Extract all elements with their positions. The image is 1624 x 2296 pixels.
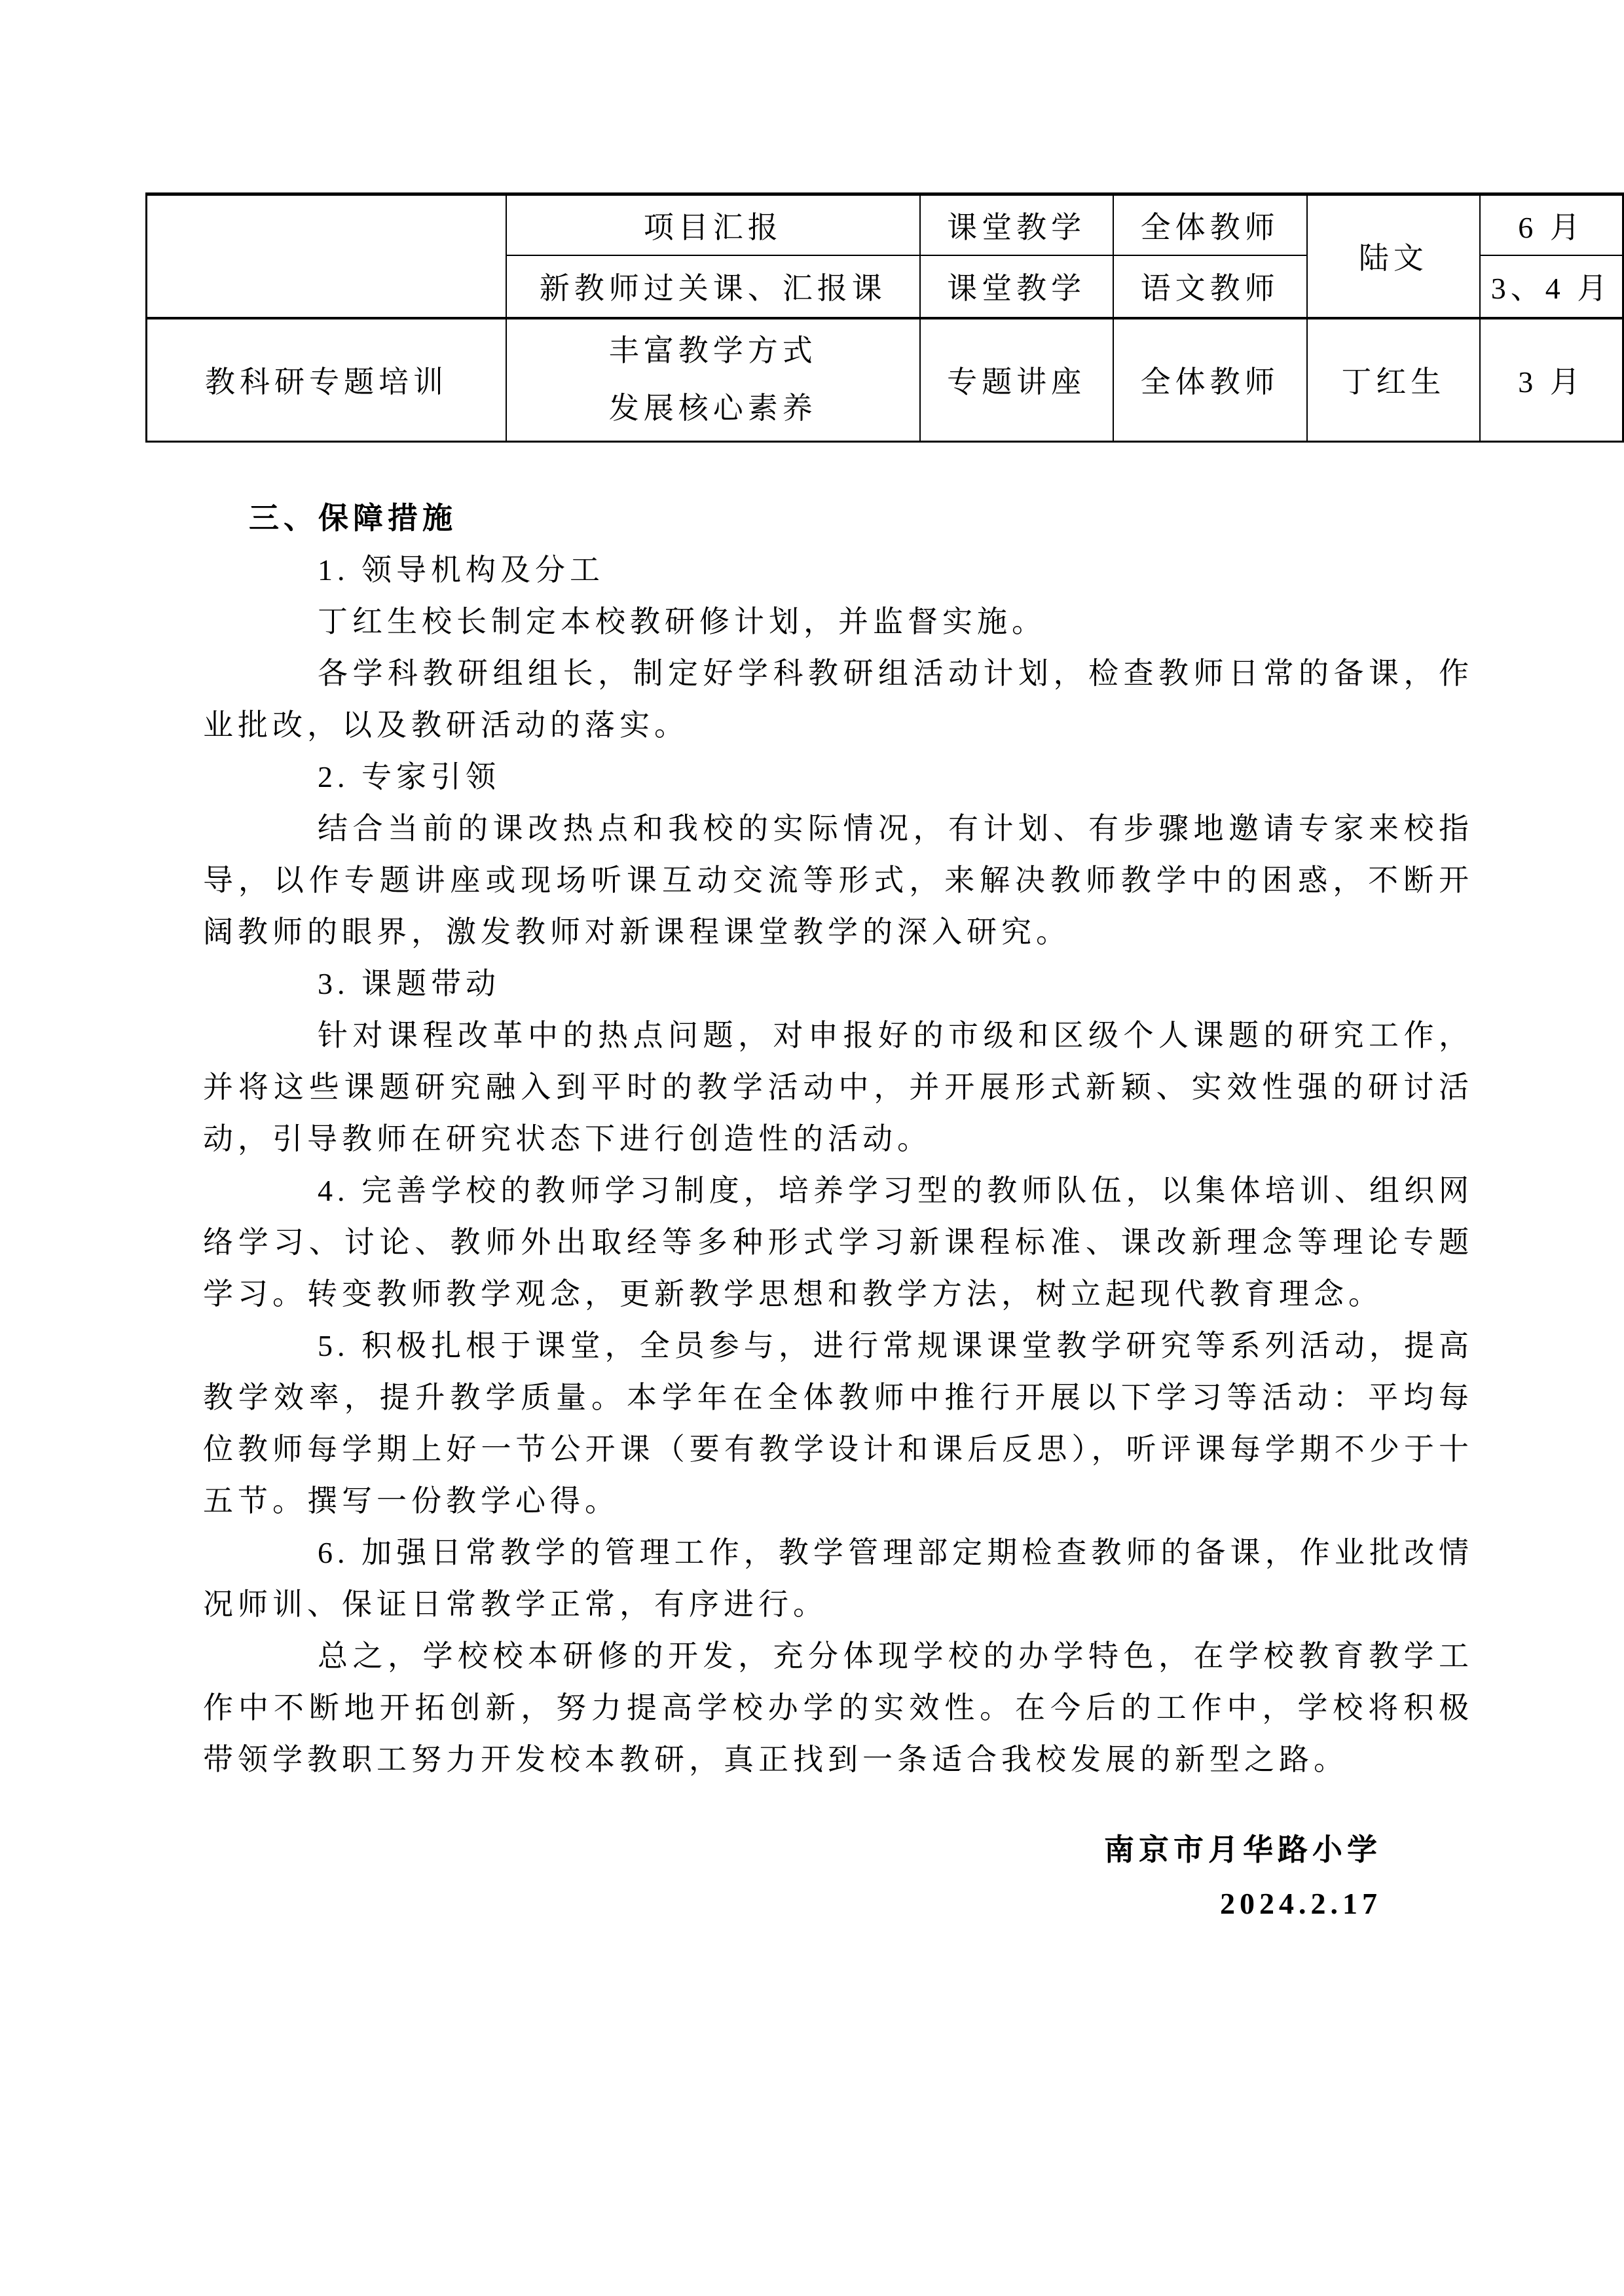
body-paragraph: 针对课程改革中的热点问题，对申报好的市级和区级个人课题的研究工作，并将这些课题研…	[203, 1010, 1473, 1165]
body-paragraph: 2. 专家引领	[203, 751, 1473, 803]
body-paragraph: 1. 领导机构及分工	[203, 544, 1473, 596]
section-heading: 三、保障措施	[203, 492, 1473, 544]
cell-project: 丰富教学方式 发展核心素养	[506, 318, 920, 442]
cell-form: 课堂教学	[920, 194, 1113, 255]
cell-project-line1: 丰富教学方式	[511, 322, 915, 380]
body-paragraph: 丁红生校长制定本校教研修计划，并监督实施。	[203, 596, 1473, 647]
cell-project-line2: 发展核心素养	[511, 380, 915, 437]
cell-target: 全体教师	[1113, 318, 1307, 442]
body-paragraph: 4. 完善学校的教师学习制度，培养学习型的教师队伍，以集体培训、组织网络学习、讨…	[203, 1165, 1473, 1320]
cell-time: 6 月	[1480, 194, 1623, 255]
cell-target: 全体教师	[1113, 194, 1307, 255]
cell-time: 3 月	[1480, 318, 1623, 442]
cell-form: 专题讲座	[920, 318, 1113, 442]
body-paragraph: 总之，学校校本研修的开发，充分体现学校的办学特色，在学校教育教学工作中不断地开拓…	[203, 1630, 1473, 1785]
document-page: 项目汇报 课堂教学 全体教师 陆文 6 月 新教师过关课、汇报课 课堂教学 语文…	[0, 0, 1624, 2296]
body-paragraph: 6. 加强日常教学的管理工作，教学管理部定期检查教师的备课，作业批改情况师训、保…	[203, 1527, 1473, 1630]
body-paragraph: 结合当前的课改热点和我校的实际情况，有计划、有步骤地邀请专家来校指导，以作专题讲…	[203, 803, 1473, 958]
table-row: 项目汇报 课堂教学 全体教师 陆文 6 月	[147, 194, 1623, 255]
body-text-block: 三、保障措施 1. 领导机构及分工 丁红生校长制定本校教研修计划，并监督实施。 …	[203, 492, 1473, 1931]
cell-category: 教科研专题培训	[147, 318, 506, 442]
table-row: 教科研专题培训 丰富教学方式 发展核心素养 专题讲座 全体教师 丁红生 3 月	[147, 318, 1623, 442]
signature-school: 南京市月华路小学	[203, 1823, 1382, 1877]
cell-leader: 陆文	[1307, 194, 1480, 318]
cell-project: 项目汇报	[506, 194, 920, 255]
body-paragraph: 3. 课题带动	[203, 958, 1473, 1010]
body-paragraph: 各学科教研组组长，制定好学科教研组活动计划，检查教师日常的备课，作业批改，以及教…	[203, 647, 1473, 751]
signature-date: 2024.2.17	[203, 1877, 1382, 1931]
signature-block: 南京市月华路小学 2024.2.17	[203, 1823, 1473, 1931]
cell-target: 语文教师	[1113, 255, 1307, 318]
cell-project: 新教师过关课、汇报课	[506, 255, 920, 318]
body-paragraph: 5. 积极扎根于课堂，全员参与，进行常规课课堂教学研究等系列活动，提高教学效率，…	[203, 1320, 1473, 1527]
cell-time: 3、4 月	[1480, 255, 1623, 318]
cell-leader: 丁红生	[1307, 318, 1480, 442]
cell-category-empty	[147, 194, 506, 318]
research-schedule-table: 项目汇报 课堂教学 全体教师 陆文 6 月 新教师过关课、汇报课 课堂教学 语文…	[145, 192, 1624, 443]
cell-form: 课堂教学	[920, 255, 1113, 318]
